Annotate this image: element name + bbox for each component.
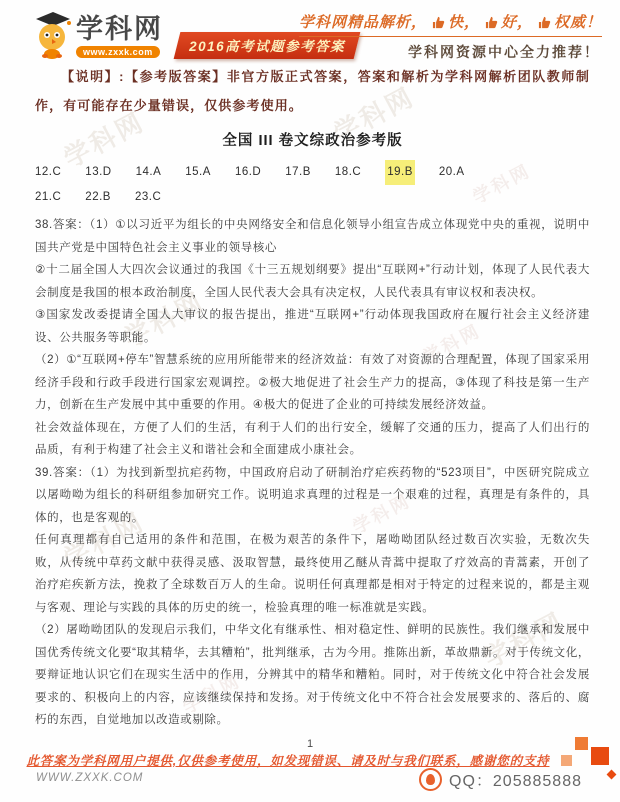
answer-item: 23.C — [135, 185, 161, 210]
decorative-square — [591, 747, 609, 765]
answer-paragraph: 任何真理都有自己适用的条件和范围，在极为艰苦的条件下，屠呦呦团队经过数百次实验，… — [35, 529, 590, 619]
answer-row: 21.C 22.B 23.C — [35, 185, 590, 210]
slogan-item: 好， — [501, 11, 533, 32]
answer-paragraph: ③国家发改委提请全国人大审议的报告提出，推进“互联网+”行动体现我国政府在履行社… — [35, 304, 590, 349]
document-page: 学科网 学科网 学科网 学科网 学科网 学科网 学科网 学科网 学科网 — [0, 0, 620, 802]
answer-item: 13.D — [85, 160, 111, 185]
slogan-prefix: 学科网精品解析， — [299, 11, 427, 32]
answer-item: 15.A — [185, 160, 211, 185]
qq-number: QQ：205885888 — [449, 768, 582, 791]
banner-label: 2016高考试题参考答案 — [189, 35, 345, 55]
answer-item: 14.A — [136, 160, 162, 185]
mascot-icon — [32, 10, 74, 60]
thumbs-up-icon — [432, 16, 445, 29]
site-name: 学科网 — [76, 16, 163, 42]
answer-item: 18.C — [335, 160, 361, 185]
slogan-item: 快， — [448, 11, 480, 32]
answer-paragraph: ②十二届全国人大四次会议通过的我国《十三五规划纲要》提出“互联网+”行动计划，体… — [35, 259, 590, 304]
page-number: 1 — [0, 738, 620, 750]
notice-paragraph: 【说明】:【参考版答案】非官方版正式答案，答案和解析为学科网解析团队教师制作，有… — [35, 62, 590, 120]
answer-paragraph: 39.答案：（1）为找到新型抗疟药物，中国政府启动了研制治疗疟疾药物的“523项… — [35, 462, 590, 530]
answer-item: 16.D — [235, 160, 261, 185]
answer-item: 12.C — [35, 160, 61, 185]
qq-icon — [419, 768, 442, 791]
footer-note: 此答案为学科网用户提供,仅供参考使用，如发现错误、请及时与我们联系，感谢您的支持 — [14, 751, 562, 769]
decorative-square — [575, 737, 588, 750]
thumbs-up-icon — [485, 16, 498, 29]
decorative-dot — [607, 770, 617, 780]
answer-paragraph: （2）①“互联网+停车”智慧系统的应用所能带来的经济效益：有效了对资源的合理配置… — [35, 349, 590, 417]
page-header: 学科网 www.zxxk.com 2016高考试题参考答案 学科网精品解析， 快… — [30, 6, 602, 64]
footer-site-url: WWW.ZXXK.COM — [36, 772, 143, 784]
answer-paragraph: 社会效益体现在，方便了人们的生活，有利于人们的出行安全，缓解了交通的压力，提高了… — [35, 417, 590, 462]
answer-key: 12.C 13.D 14.A 15.A 16.D 17.B 18.C 19.B … — [35, 160, 590, 210]
answer-item-highlighted: 19.B — [385, 160, 415, 185]
slogan-line: 学科网精品解析， 快， 好， 权威！ — [299, 11, 602, 37]
thumbs-up-icon — [538, 16, 551, 29]
answer-row: 12.C 13.D 14.A 15.A 16.D 17.B 18.C 19.B … — [35, 160, 590, 185]
answer-paragraph: 38.答案：（1）①以习近平为组长的中央网络安全和信息化领导小组宣告成立体现党中… — [35, 214, 590, 259]
answer-item: 22.B — [85, 185, 111, 210]
site-url: www.zxxk.com — [76, 46, 160, 58]
answer-paragraph: （2）屠呦呦团队的发现启示我们，中华文化有继承性、相对稳定性、鲜明的民族性。我们… — [35, 619, 590, 732]
page-title: 全国 III 卷文综政治参考版 — [35, 129, 590, 150]
answer-item: 17.B — [285, 160, 311, 185]
logo-texts: 学科网 www.zxxk.com — [76, 16, 163, 60]
decorative-square — [561, 755, 572, 766]
answer-paragraphs: 38.答案：（1）①以习近平为组长的中央网络安全和信息化领导小组宣告成立体现党中… — [35, 214, 590, 732]
footer-qq-contact: QQ：205885888 — [419, 768, 582, 791]
slogan-item: 权威！ — [554, 11, 602, 32]
document-content: 【说明】:【参考版答案】非官方版正式答案，答案和解析为学科网解析团队教师制作，有… — [35, 62, 590, 732]
recommend-subtitle: 学科网资源中心全力推荐！ — [408, 42, 600, 62]
answer-item: 20.A — [439, 160, 465, 185]
site-logo: 学科网 www.zxxk.com — [32, 10, 163, 60]
answer-item: 21.C — [35, 185, 61, 210]
